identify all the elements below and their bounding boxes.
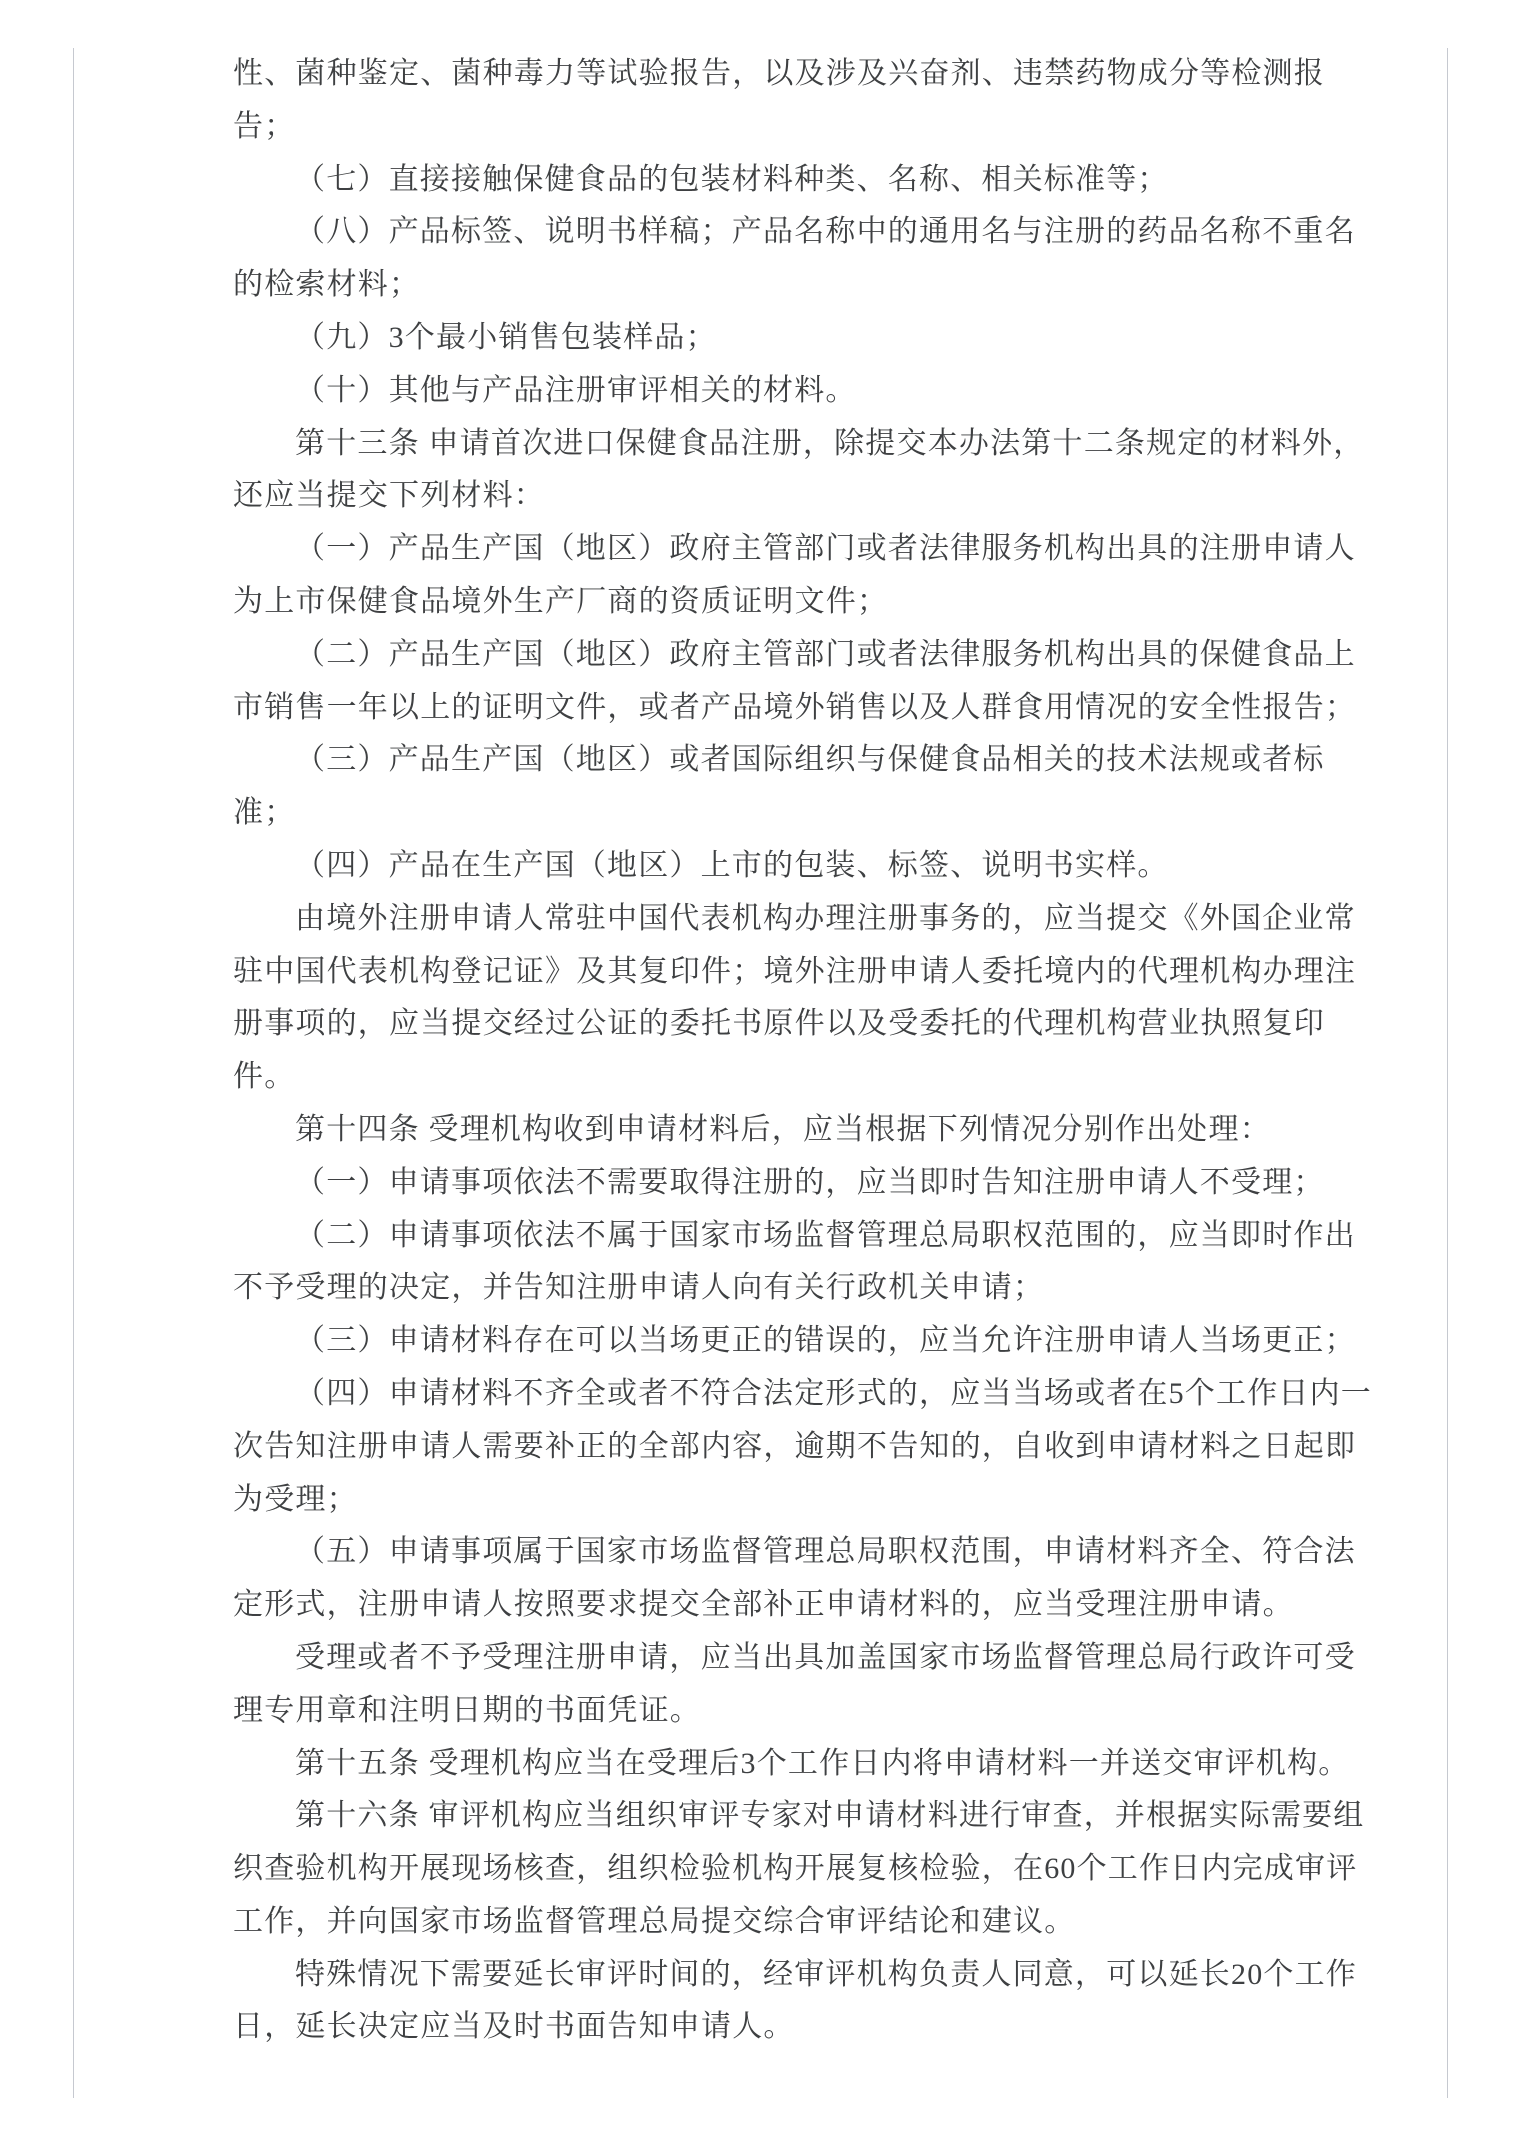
text-line: 由境外注册申请人常驻中国代表机构办理注册事务的，应当提交《外国企业常 [233, 893, 1393, 946]
text-line: 的检索材料； [233, 259, 1393, 312]
text-line: 市销售一年以上的证明文件，或者产品境外销售以及人群食用情况的安全性报告； [233, 682, 1393, 735]
text-line: 性、菌种鉴定、菌种毒力等试验报告，以及涉及兴奋剂、违禁药物成分等检测报 [233, 48, 1393, 101]
text-line: 特殊情况下需要延长审评时间的，经审评机构负责人同意，可以延长20个工作 [233, 1949, 1393, 2002]
document-text: 性、菌种鉴定、菌种毒力等试验报告，以及涉及兴奋剂、违禁药物成分等检测报告；（七）… [233, 48, 1393, 2054]
text-line: （三）产品生产国（地区）或者国际组织与保健食品相关的技术法规或者标 [233, 734, 1393, 787]
text-line: 工作，并向国家市场监督管理总局提交综合审评结论和建议。 [233, 1896, 1393, 1949]
text-line: 件。 [233, 1051, 1393, 1104]
text-line: 不予受理的决定，并告知注册申请人向有关行政机关申请； [233, 1262, 1393, 1315]
text-line: 日，延长决定应当及时书面告知申请人。 [233, 2001, 1393, 2054]
text-line: （一）产品生产国（地区）政府主管部门或者法律服务机构出具的注册申请人 [233, 523, 1393, 576]
document-page: 性、菌种鉴定、菌种毒力等试验报告，以及涉及兴奋剂、违禁药物成分等检测报告；（七）… [0, 0, 1520, 2150]
text-line: 第十四条 受理机构收到申请材料后，应当根据下列情况分别作出处理： [233, 1104, 1393, 1157]
text-line: 织查验机构开展现场核查，组织检验机构开展复核检验，在60个工作日内完成审评 [233, 1843, 1393, 1896]
text-line: 第十三条 申请首次进口保健食品注册，除提交本办法第十二条规定的材料外， [233, 418, 1393, 471]
text-line: （四）产品在生产国（地区）上市的包装、标签、说明书实样。 [233, 840, 1393, 893]
text-line: 定形式，注册申请人按照要求提交全部补正申请材料的，应当受理注册申请。 [233, 1579, 1393, 1632]
text-line: （九）3个最小销售包装样品； [233, 312, 1393, 365]
text-line: （三）申请材料存在可以当场更正的错误的，应当允许注册申请人当场更正； [233, 1315, 1393, 1368]
text-line: 准； [233, 787, 1393, 840]
text-line: 第十五条 受理机构应当在受理后3个工作日内将申请材料一并送交审评机构。 [233, 1738, 1393, 1791]
text-line: （八）产品标签、说明书样稿；产品名称中的通用名与注册的药品名称不重名 [233, 206, 1393, 259]
text-line: （一）申请事项依法不需要取得注册的，应当即时告知注册申请人不受理； [233, 1157, 1393, 1210]
text-line: 为受理； [233, 1474, 1393, 1527]
text-line: 次告知注册申请人需要补正的全部内容，逾期不告知的，自收到申请材料之日起即 [233, 1421, 1393, 1474]
text-line: 还应当提交下列材料： [233, 470, 1393, 523]
text-line: （二）产品生产国（地区）政府主管部门或者法律服务机构出具的保健食品上 [233, 629, 1393, 682]
text-line: （十）其他与产品注册审评相关的材料。 [233, 365, 1393, 418]
text-line: 理专用章和注明日期的书面凭证。 [233, 1685, 1393, 1738]
text-line: （七）直接接触保健食品的包装材料种类、名称、相关标准等； [233, 154, 1393, 207]
text-line: 册事项的，应当提交经过公证的委托书原件以及受委托的代理机构营业执照复印 [233, 998, 1393, 1051]
text-line: （五）申请事项属于国家市场监督管理总局职权范围，申请材料齐全、符合法 [233, 1526, 1393, 1579]
text-line: 第十六条 审评机构应当组织审评专家对申请材料进行审查，并根据实际需要组 [233, 1790, 1393, 1843]
text-line: 驻中国代表机构登记证》及其复印件；境外注册申请人委托境内的代理机构办理注 [233, 946, 1393, 999]
text-line: 受理或者不予受理注册申请，应当出具加盖国家市场监督管理总局行政许可受 [233, 1632, 1393, 1685]
text-line: 为上市保健食品境外生产厂商的资质证明文件； [233, 576, 1393, 629]
text-line: （二）申请事项依法不属于国家市场监督管理总局职权范围的，应当即时作出 [233, 1210, 1393, 1263]
text-line: （四）申请材料不齐全或者不符合法定形式的，应当当场或者在5个工作日内一 [233, 1368, 1393, 1421]
text-line: 告； [233, 101, 1393, 154]
